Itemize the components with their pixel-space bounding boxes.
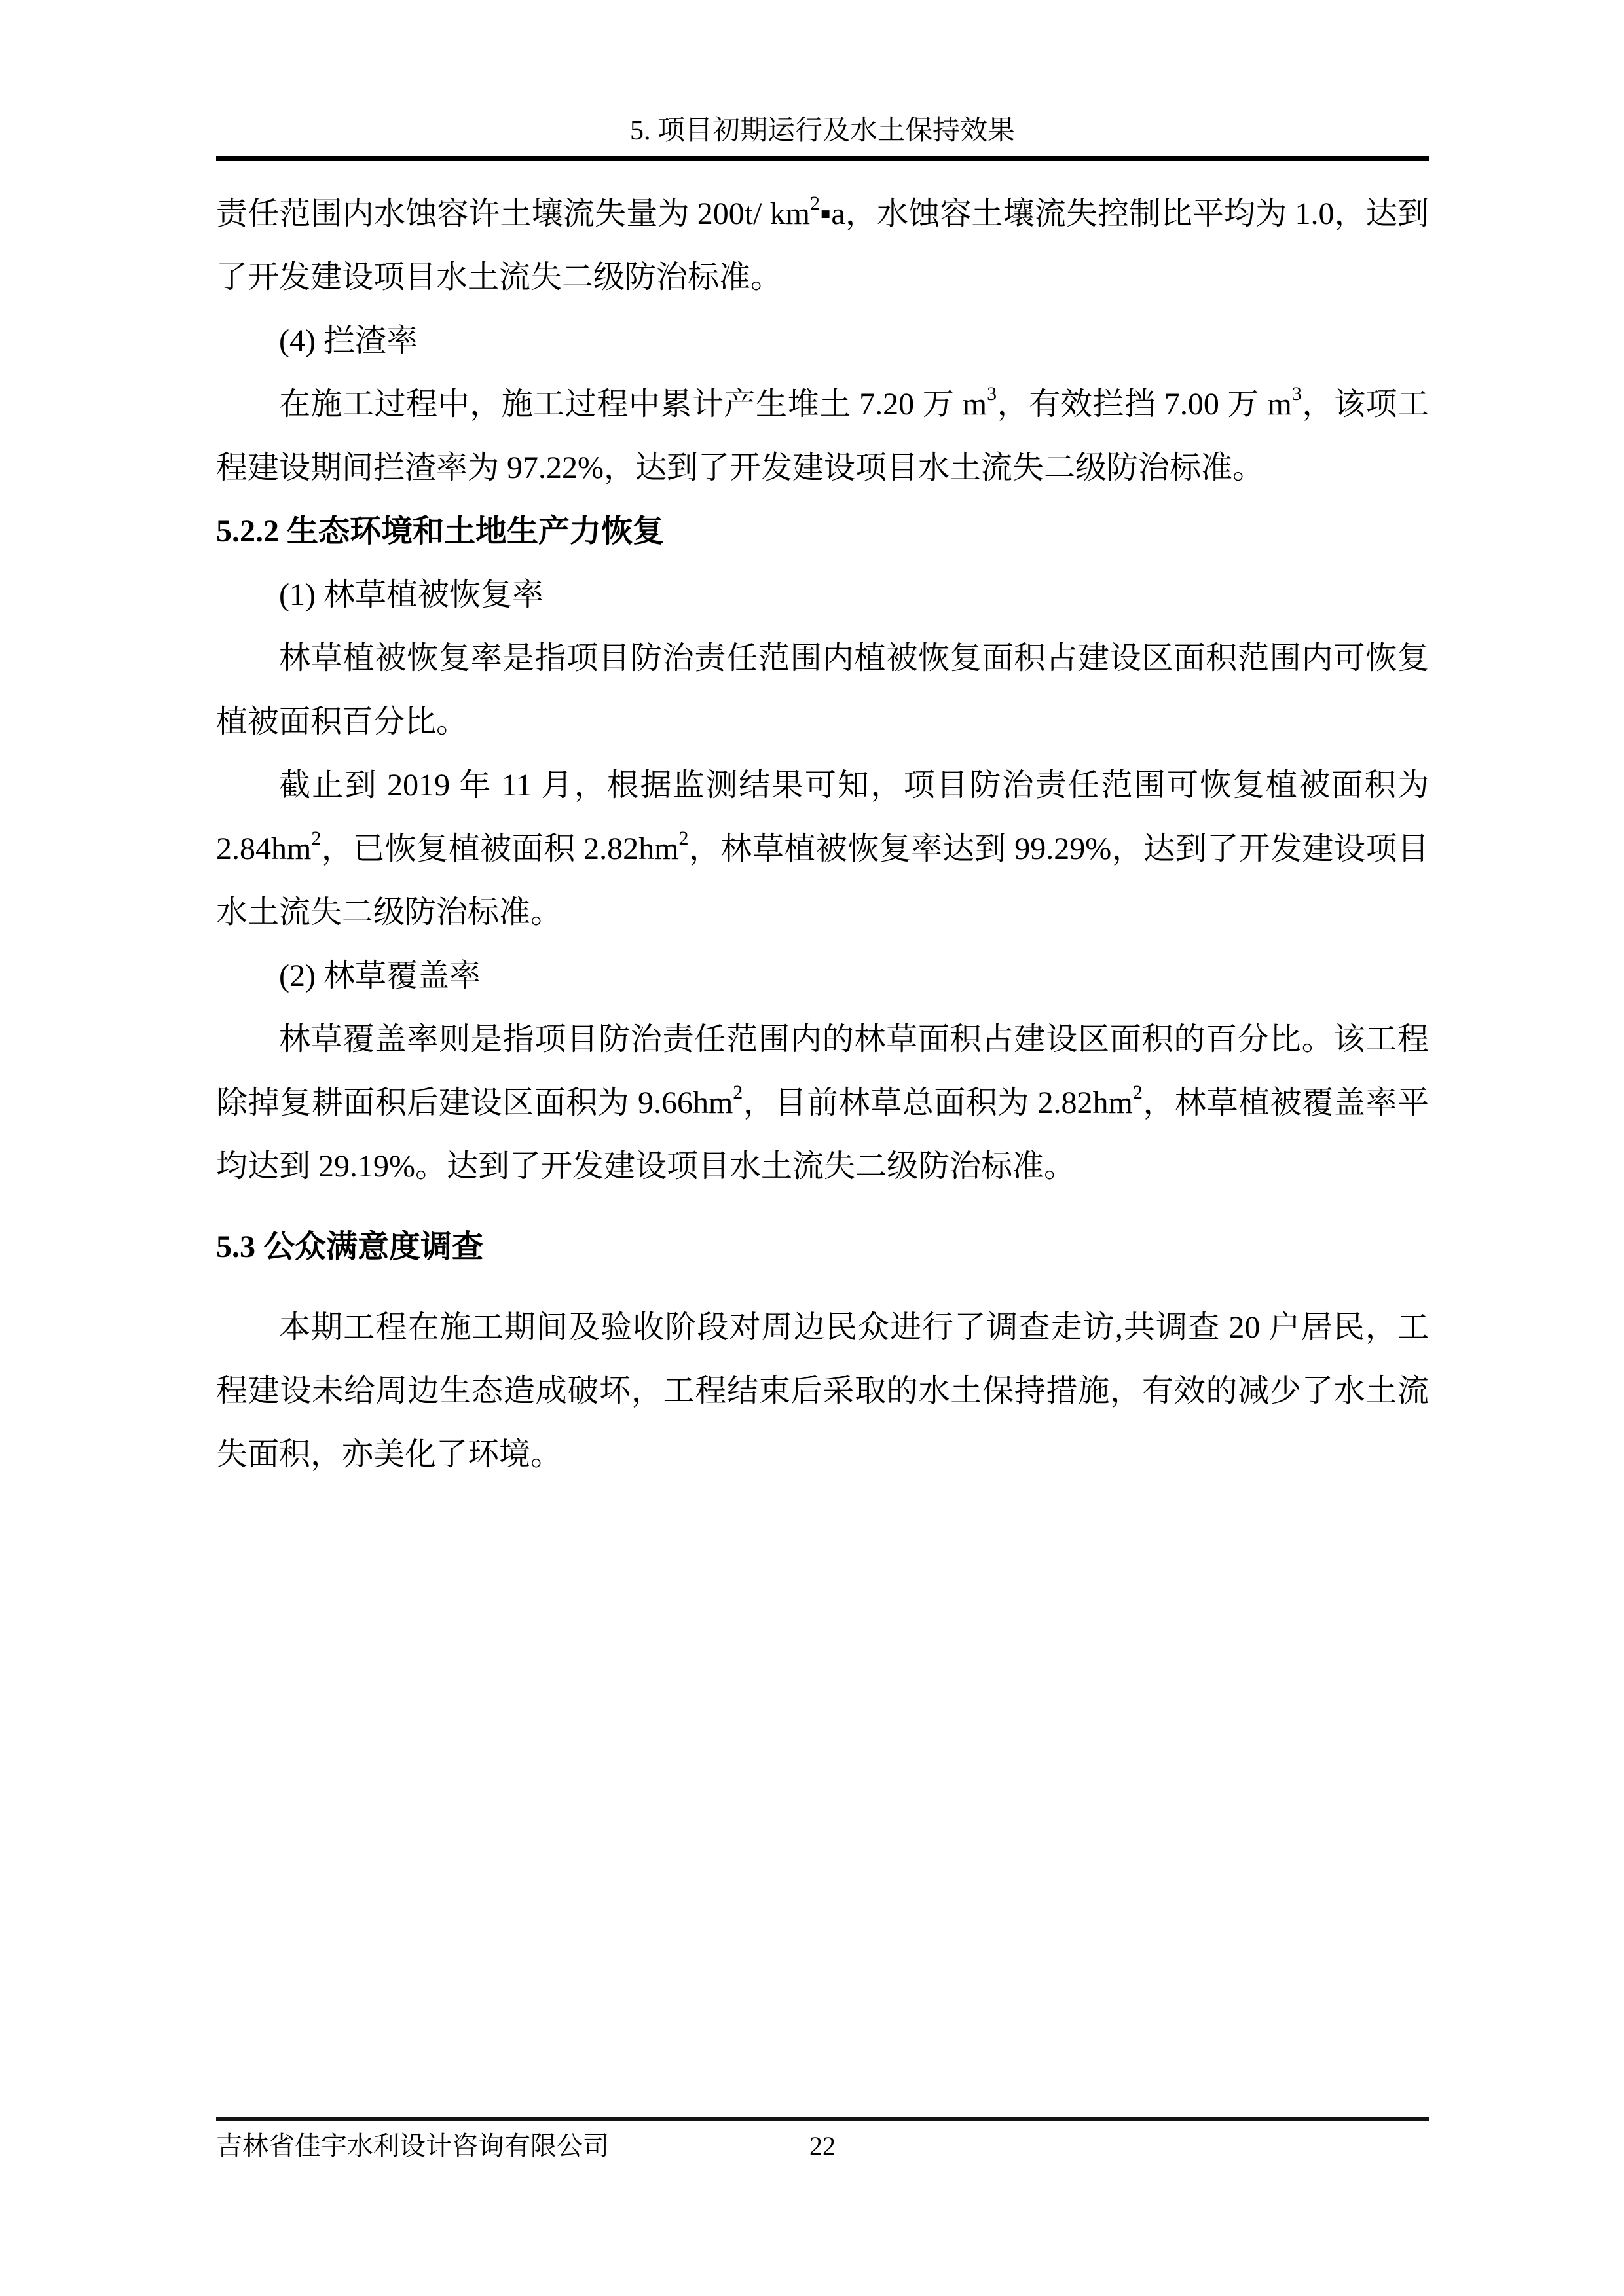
page-body: 责任范围内水蚀容许土壤流失量为 200t/ km2▪a，水蚀容土壤流失控制比平均… [216, 182, 1429, 1486]
paragraph-vegetation-recovery-data: 截止到 2019 年 11 月，根据监测结果可知，项目防治责任范围可恢复植被面积… [216, 754, 1429, 944]
paragraph-slag-retention: 在施工过程中，施工过程中累计产生堆土 7.20 万 m3，有效拦挡 7.00 万… [216, 373, 1429, 500]
subheading-grass-coverage-rate: (2) 林草覆盖率 [216, 944, 1429, 1008]
subheading-vegetation-recovery-rate: (1) 林草植被恢复率 [216, 563, 1429, 627]
paragraph-public-survey: 本期工程在施工期间及验收阶段对周边民众进行了调查走访,共调查 20 户居民，工程… [216, 1296, 1429, 1486]
paragraph-grass-coverage: 林草覆盖率则是指项目防治责任范围内的林草面积占建设区面积的百分比。该工程除掉复耕… [216, 1008, 1429, 1198]
section-heading-5-3: 5.3 公众满意度调查 [216, 1215, 1429, 1279]
document-page: 5. 项目初期运行及水土保持效果 责任范围内水蚀容许土壤流失量为 200t/ k… [0, 0, 1624, 2296]
paragraph-soil-loss-standard: 责任范围内水蚀容许土壤流失量为 200t/ km2▪a，水蚀容土壤流失控制比平均… [216, 182, 1429, 309]
paragraph-vegetation-recovery-definition: 林草植被恢复率是指项目防治责任范围内植被恢复面积占建设区面积范围内可恢复植被面积… [216, 627, 1429, 754]
subheading-slag-retention-rate: (4) 拦渣率 [216, 309, 1429, 373]
page-footer: 吉林省佳宇水利设计咨询有限公司 22 [216, 2117, 1429, 2162]
footer-company-name: 吉林省佳宇水利设计咨询有限公司 [216, 2130, 609, 2162]
header-title: 5. 项目初期运行及水土保持效果 [630, 116, 1015, 146]
section-heading-5-2-2: 5.2.2 生态环境和土地生产力恢复 [216, 500, 1429, 563]
page-header: 5. 项目初期运行及水土保持效果 [216, 113, 1429, 161]
